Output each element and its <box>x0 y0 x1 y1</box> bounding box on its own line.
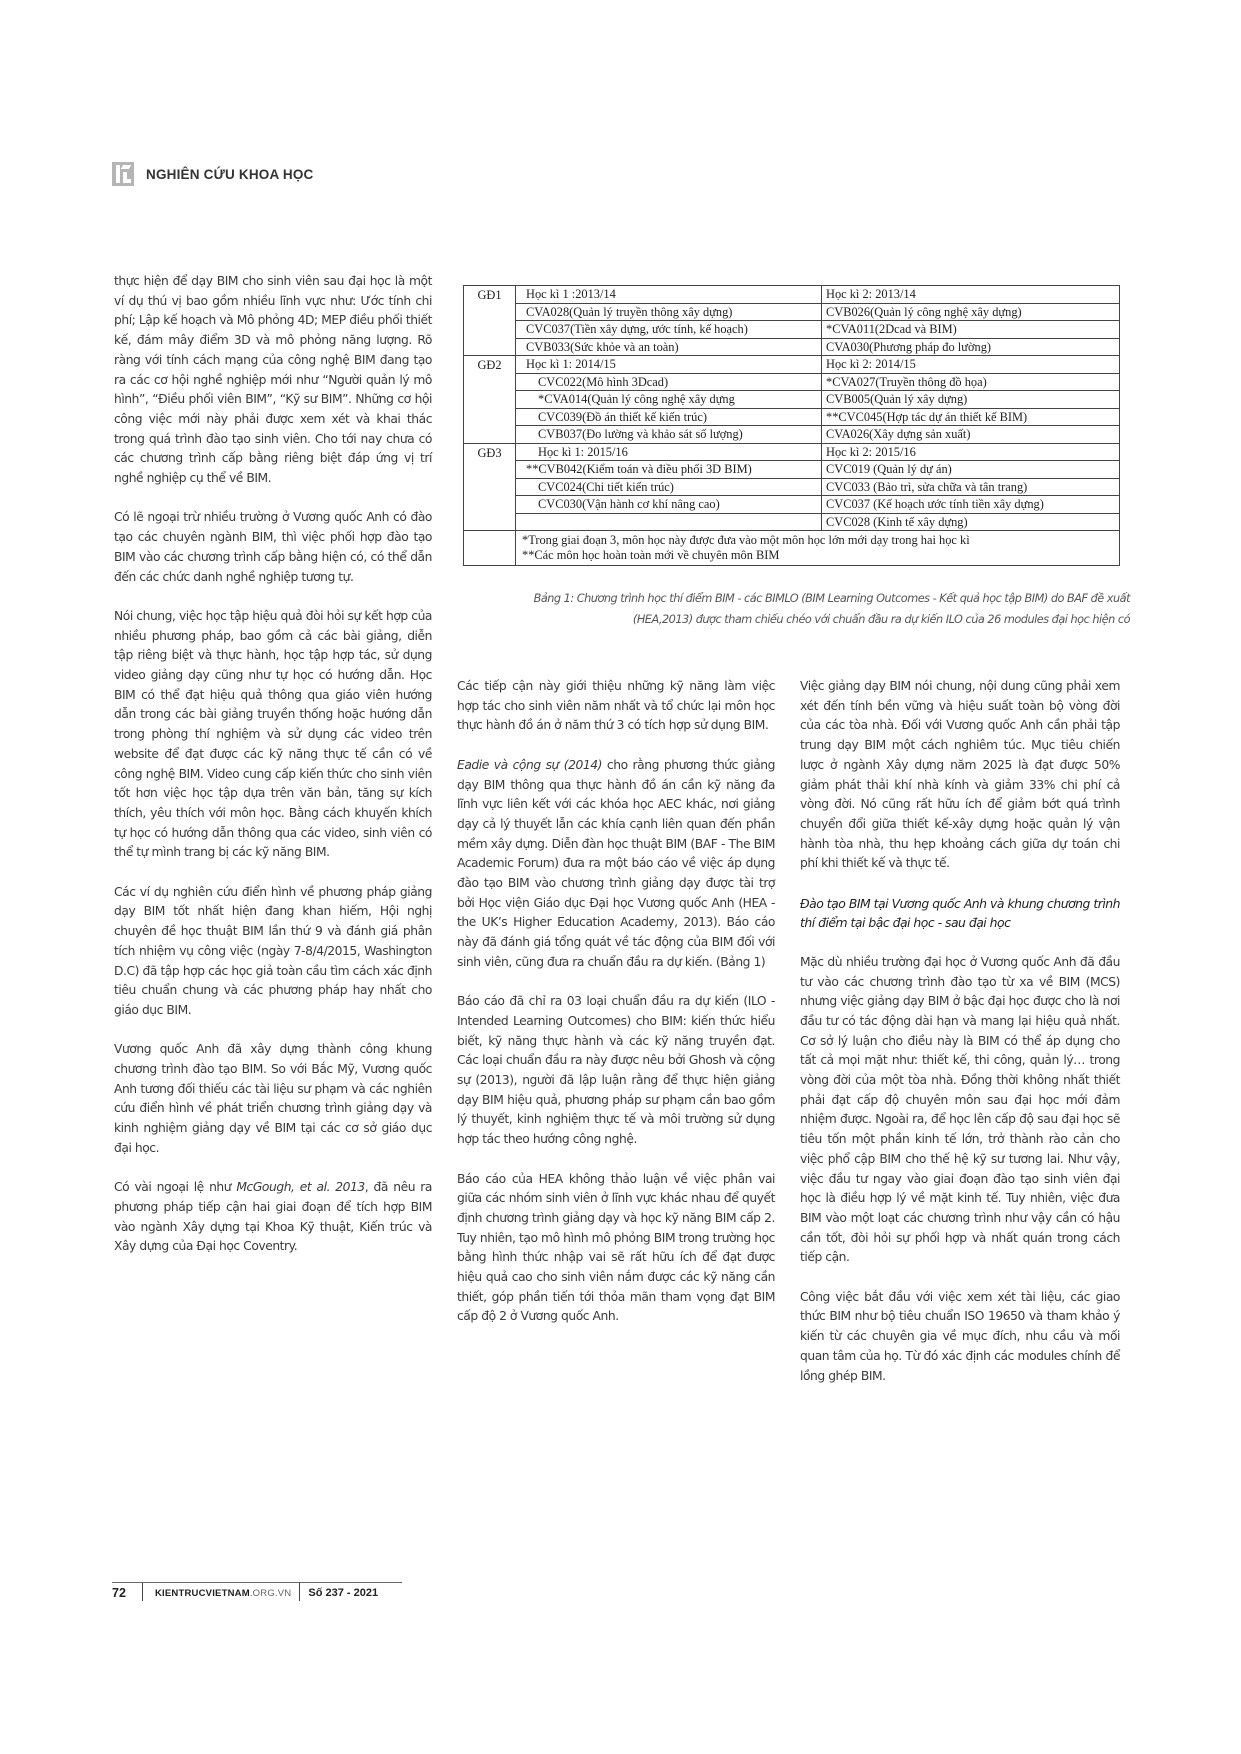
paragraph: Có lẽ ngoại trừ nhiều trường ở Vương quố… <box>114 508 432 587</box>
table-cell: Học kì 2: 2014/15 <box>822 356 1120 374</box>
table-cell: CVC037(Tiền xây dựng, ước tính, kế hoạch… <box>516 321 822 339</box>
table-cell: CVB037(Đo lường và khảo sát số lượng) <box>516 426 822 444</box>
paragraph: Báo cáo của HEA không thảo luận về việc … <box>457 1170 775 1328</box>
table-row: CVC024(Chi tiết kiến trúc) CVC033 (Bảo t… <box>464 478 1120 496</box>
table-cell: CVB033(Sức khỏe và an toàn) <box>516 338 822 356</box>
paragraph: Vương quốc Anh đã xây dựng thành công kh… <box>114 1040 432 1158</box>
table-cell: CVA030(Phương pháp đo lường) <box>822 338 1120 356</box>
paragraph: Nói chung, việc học tập hiệu quả đòi hỏi… <box>114 607 432 863</box>
table-cell: CVA028(Quản lý truyền thông xây dựng) <box>516 303 822 321</box>
article-column-3: Việc giảng dạy BIM nói chung, nội dung c… <box>800 677 1120 1386</box>
table-cell: Học kì 2: 2013/14 <box>822 286 1120 304</box>
table-row: *CVA014(Quản lý công nghệ xây dựng CVB00… <box>464 391 1120 409</box>
table-row: GĐ3 Học kì 1: 2015/16 Học kì 2: 2015/16 <box>464 443 1120 461</box>
paragraph: Các tiếp cận này giới thiệu những kỹ năn… <box>457 677 775 736</box>
section-heading: Đào tạo BIM tại Vương quốc Anh và khung … <box>800 894 1120 933</box>
table-cell: Học kì 1: 2014/15 <box>516 356 822 374</box>
table-row: GĐ1 Học kì 1 :2013/14 Học kì 2: 2013/14 <box>464 286 1120 304</box>
table-cell: CVC028 (Kinh tế xây dựng) <box>822 513 1120 531</box>
issue-number: Số 237 - 2021 <box>300 1584 378 1599</box>
table-cell: Học kì 1: 2015/16 <box>516 443 822 461</box>
paragraph: thực hiện để dạy BIM cho sinh viên sau đ… <box>114 272 432 489</box>
table-cell: **CVB042(Kiểm toán và điều phối 3D BIM) <box>516 461 822 479</box>
article-column-1: thực hiện để dạy BIM cho sinh viên sau đ… <box>114 272 432 1257</box>
table-row: CVC039(Đồ án thiết kế kiến trúc) **CVC04… <box>464 408 1120 426</box>
section-title: NGHIÊN CỨU KHOA HỌC <box>146 167 314 182</box>
table-cell: CVB005(Quản lý xây dựng) <box>822 391 1120 409</box>
curriculum-table: GĐ1 Học kì 1 :2013/14 Học kì 2: 2013/14 … <box>463 285 1120 566</box>
table-cell <box>516 513 822 531</box>
table-cell: *CVA011(2Dcad và BIM) <box>822 321 1120 339</box>
stage-label: GĐ1 <box>464 286 516 356</box>
paragraph: Báo cáo đã chỉ ra 03 loại chuẩn đầu ra d… <box>457 992 775 1150</box>
kientruc-logo-icon <box>112 162 134 186</box>
table-cell: CVC030(Vận hành cơ khí nâng cao) <box>516 496 822 514</box>
stage-label-empty <box>464 531 516 566</box>
table-caption: Bảng 1: Chương trình học thí điểm BIM - … <box>478 588 1130 630</box>
table-row: CVB033(Sức khỏe và an toàn) CVA030(Phươn… <box>464 338 1120 356</box>
table-cell: CVC022(Mô hình 3Dcad) <box>516 373 822 391</box>
table-row: CVC022(Mô hình 3Dcad) *CVA027(Truyền thô… <box>464 373 1120 391</box>
table-row: CVC037(Tiền xây dựng, ước tính, kế hoạch… <box>464 321 1120 339</box>
paragraph: Có vài ngoại lệ như McGough, et al. 2013… <box>114 1178 432 1257</box>
table-cell: CVB026(Quản lý công nghệ xây dựng) <box>822 303 1120 321</box>
table-cell: CVC039(Đồ án thiết kế kiến trúc) <box>516 408 822 426</box>
paragraph: Eadie và cộng sự (2014) cho rằng phương … <box>457 756 775 973</box>
page-header: NGHIÊN CỨU KHOA HỌC <box>112 162 314 186</box>
paragraph: Mặc dù nhiều trường đại học ở Vương quốc… <box>800 953 1120 1268</box>
table-row: CVC030(Vận hành cơ khí nâng cao) CVC037 … <box>464 496 1120 514</box>
table-notes-row: *Trong giai đoạn 3, môn học này được đưa… <box>464 531 1120 566</box>
table-row: **CVB042(Kiểm toán và điều phối 3D BIM) … <box>464 461 1120 479</box>
table-cell: *CVA027(Truyền thông đồ họa) <box>822 373 1120 391</box>
page-footer: 72 KIENTRUCVIETNAM.ORG.VN Số 237 - 2021 <box>112 1582 402 1600</box>
table-cell: *CVA014(Quản lý công nghệ xây dựng <box>516 391 822 409</box>
table-cell: CVC019 (Quản lý dự án) <box>822 461 1120 479</box>
page-number: 72 <box>112 1583 142 1600</box>
table-cell: CVC037 (Kế hoạch ước tính tiền xây dựng) <box>822 496 1120 514</box>
paragraph: Các ví dụ nghiên cứu điển hình về phương… <box>114 883 432 1021</box>
publication-site: KIENTRUCVIETNAM.ORG.VN <box>143 1585 299 1599</box>
table-row: CVC028 (Kinh tế xây dựng) <box>464 513 1120 531</box>
stage-label: GĐ2 <box>464 356 516 444</box>
citation: McGough, et al. 2013 <box>236 1180 364 1194</box>
article-column-2: Các tiếp cận này giới thiệu những kỹ năn… <box>457 677 775 1327</box>
table-notes: *Trong giai đoạn 3, môn học này được đưa… <box>516 531 1120 566</box>
table-cell: CVC024(Chi tiết kiến trúc) <box>516 478 822 496</box>
table-cell: Học kì 1 :2013/14 <box>516 286 822 304</box>
stage-label: GĐ3 <box>464 443 516 531</box>
table-cell: **CVC045(Hợp tác dự án thiết kế BIM) <box>822 408 1120 426</box>
citation: Eadie và cộng sự (2014) <box>457 758 602 772</box>
table-cell: Học kì 2: 2015/16 <box>822 443 1120 461</box>
table-cell: CVC033 (Bảo trì, sửa chữa và tân trang) <box>822 478 1120 496</box>
table-cell: CVA026(Xây dựng sản xuất) <box>822 426 1120 444</box>
table-row: CVB037(Đo lường và khảo sát số lượng) CV… <box>464 426 1120 444</box>
table-note: **Các môn học hoàn toàn mới về chuyên mô… <box>522 548 1113 563</box>
table-row: GĐ2 Học kì 1: 2014/15 Học kì 2: 2014/15 <box>464 356 1120 374</box>
paragraph: Việc giảng dạy BIM nói chung, nội dung c… <box>800 677 1120 874</box>
table-note: *Trong giai đoạn 3, môn học này được đưa… <box>522 533 1113 548</box>
paragraph: Công việc bắt đầu với việc xem xét tài l… <box>800 1288 1120 1387</box>
table-row: CVA028(Quản lý truyền thông xây dựng) CV… <box>464 303 1120 321</box>
